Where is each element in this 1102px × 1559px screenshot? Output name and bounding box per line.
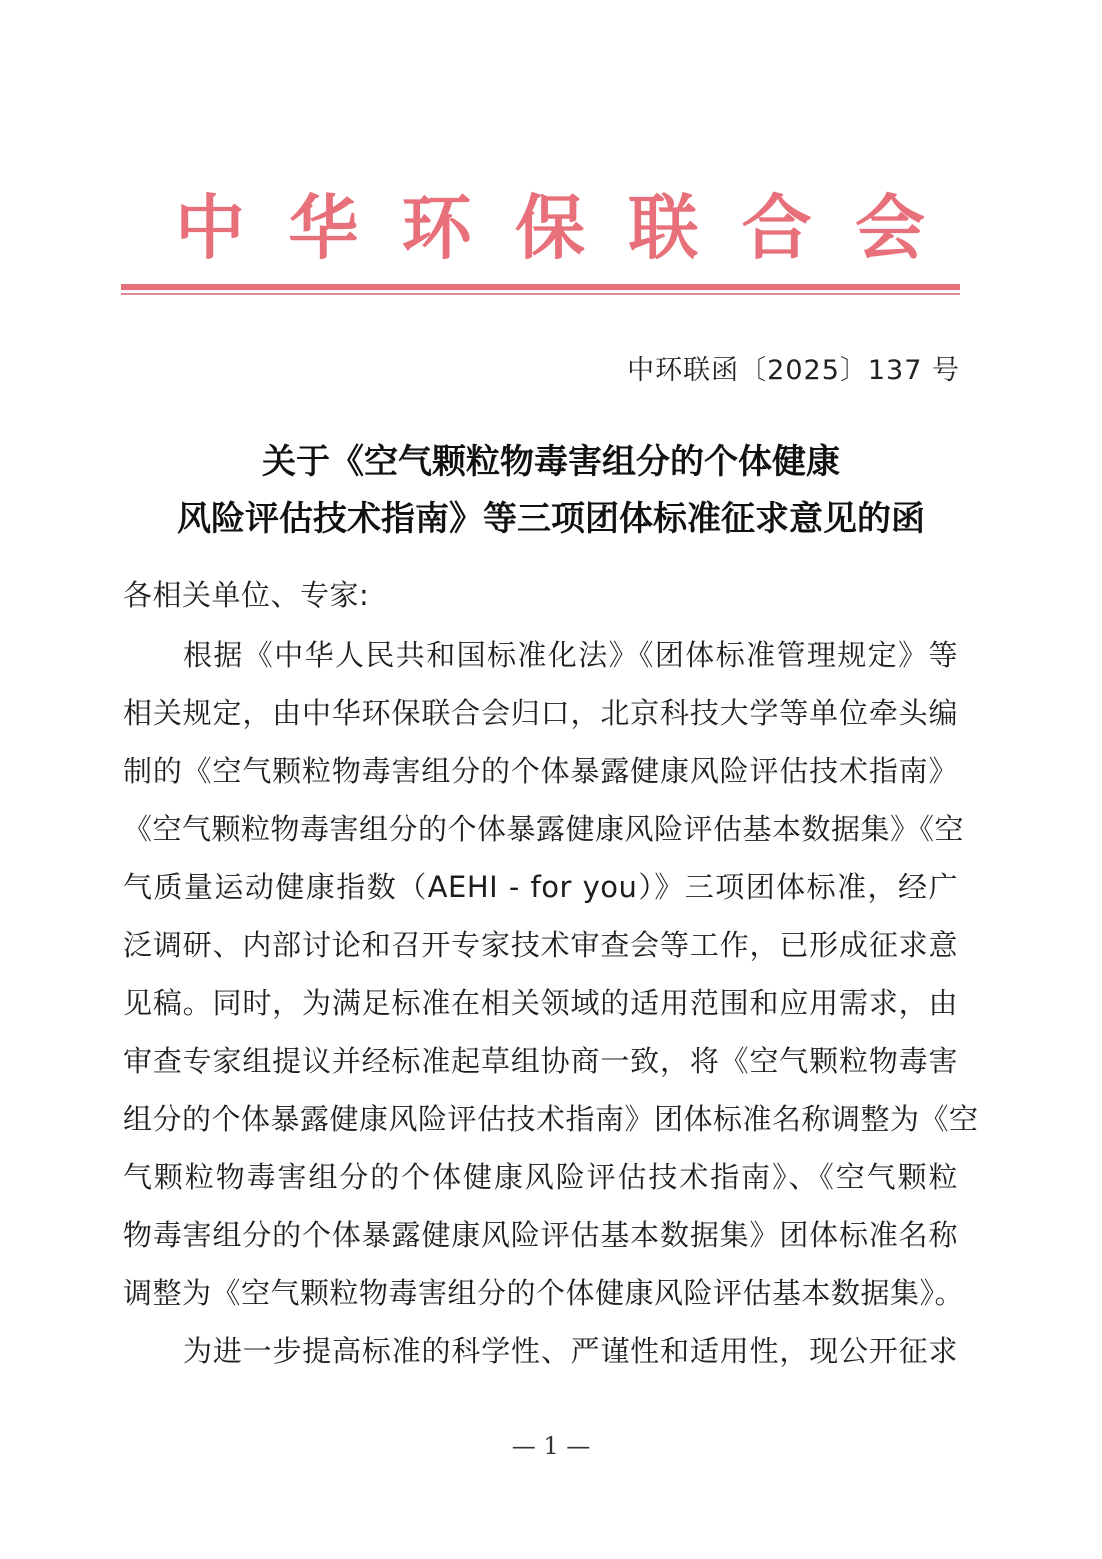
letterhead-divider-thick (121, 284, 960, 290)
letterhead-char: 华 (283, 193, 363, 263)
body-line: 组分的个体暴露健康风险评估技术指南》团体标准名称调整为《空 (123, 1099, 958, 1139)
body-line: 制的《空气颗粒物毒害组分的个体暴露健康风险评估技术指南》 (123, 751, 958, 791)
document-number: 中环联函〔2025〕137 号 (627, 348, 960, 387)
body-line: 调整为《空气颗粒物毒害组分的个体健康风险评估基本数据集》。 (123, 1273, 958, 1313)
body-line: 为进一步提高标准的科学性、严谨性和适用性，现公开征求 (183, 1331, 958, 1371)
page-number: — 1 — (0, 1432, 1102, 1460)
document-page: 中 华 环 保 联 合 会 中环联函〔2025〕137 号 关于《空气颗粒物毒害… (0, 0, 1102, 1559)
body-line: 物毒害组分的个体暴露健康风险评估基本数据集》团体标准名称 (123, 1215, 958, 1255)
body-line: 气质量运动健康指数（AEHI - for you）》三项团体标准，经广 (123, 867, 958, 907)
letterhead-char: 联 (623, 193, 703, 263)
salutation: 各相关单位、专家: (123, 575, 958, 615)
letterhead-char: 会 (850, 193, 930, 263)
letterhead-char: 保 (510, 193, 590, 263)
document-title-line-1: 关于《空气颗粒物毒害组分的个体健康 (110, 445, 992, 479)
letterhead-char: 中 (170, 193, 250, 263)
letterhead-char: 合 (737, 193, 817, 263)
document-title-line-2: 风险评估技术指南》等三项团体标准征求意见的函 (110, 502, 992, 536)
letterhead-organization-name: 中 华 环 保 联 合 会 (170, 183, 930, 273)
body-line: 泛调研、内部讨论和召开专家技术审查会等工作，已形成征求意 (123, 925, 958, 965)
letterhead-char: 环 (397, 193, 477, 263)
body-line: 根据《中华人民共和国标准化法》《团体标准管理规定》等 (183, 635, 958, 675)
body-line: 见稿。同时，为满足标准在相关领域的适用范围和应用需求，由 (123, 983, 958, 1023)
letterhead-divider-thin (121, 293, 960, 295)
body-line: 审查专家组提议并经标准起草组协商一致，将《空气颗粒物毒害 (123, 1041, 958, 1081)
body-line: 相关规定，由中华环保联合会归口，北京科技大学等单位牵头编 (123, 693, 958, 733)
body-line: 《空气颗粒物毒害组分的个体暴露健康风险评估基本数据集》《空 (123, 809, 958, 849)
body-line: 气颗粒物毒害组分的个体健康风险评估技术指南》、《空气颗粒 (123, 1157, 958, 1197)
